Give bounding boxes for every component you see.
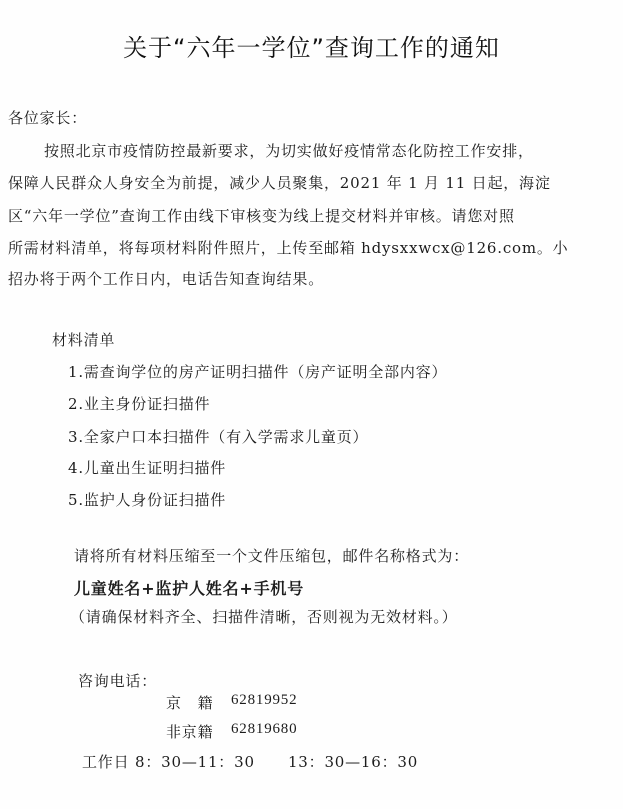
materials-list-item: 4.儿童出生证明扫描件 bbox=[68, 457, 226, 478]
phone-number-non-beijing: 62819680 bbox=[231, 721, 297, 738]
zip-instruction: 请将所有材料压缩至一个文件压缩包，邮件名称格式为： bbox=[74, 545, 469, 566]
working-hours-afternoon: 13：30—16：30 bbox=[288, 753, 418, 771]
paragraph-line: 区“六年一学位”查询工作由线下审核变为线上提交材料并审核。请您对照 bbox=[8, 205, 515, 226]
materials-list-item: 1.需查询学位的房产证明扫描件（房产证明全部内容） bbox=[68, 361, 447, 382]
phone-number-beijing: 62819952 bbox=[231, 692, 297, 709]
paragraph-line: 招办将于两个工作日内，电话告知查询结果。 bbox=[8, 268, 324, 289]
phone-label-beijing: 京 籍 bbox=[166, 692, 213, 713]
document-title: 关于“六年一学位”查询工作的通知 bbox=[0, 28, 623, 63]
notice-document: 关于“六年一学位”查询工作的通知 各位家长： 按照北京市疫情防控最新要求，为切实… bbox=[0, 0, 623, 809]
materials-list-item: 3.全家户口本扫描件（有入学需求儿童页） bbox=[68, 426, 368, 447]
email-name-format: 儿童姓名+监护人姓名+手机号 bbox=[74, 576, 304, 599]
paragraph-line: 按照北京市疫情防控最新要求，为切实做好疫情常态化防控工作安排， bbox=[44, 140, 534, 161]
validity-warning: （请确保材料齐全、扫描件清晰，否则视为无效材料。） bbox=[70, 606, 458, 627]
working-hours-morning: 8：30—11：30 bbox=[135, 753, 255, 771]
phone-label-non-beijing: 非京籍 bbox=[166, 721, 213, 742]
materials-list-item: 2.业主身份证扫描件 bbox=[68, 393, 210, 414]
paragraph-line: 保障人民群众人身安全为前提，减少人员聚集，2021 年 1 月 11 日起，海淀 bbox=[8, 172, 551, 193]
working-hours: 工作日 8：30—11：30 13：30—16：30 bbox=[82, 751, 418, 772]
paragraph-line-with-email: 所需材料清单，将每项材料附件照片，上传至邮箱 hdysxxwcx@126.com… bbox=[8, 237, 568, 258]
greeting: 各位家长： bbox=[8, 107, 87, 128]
materials-list-title: 材料清单 bbox=[52, 329, 115, 350]
materials-list-item: 5.监护人身份证扫描件 bbox=[68, 489, 226, 510]
working-hours-prefix: 工作日 bbox=[82, 753, 129, 771]
contact-title: 咨询电话： bbox=[78, 670, 157, 691]
